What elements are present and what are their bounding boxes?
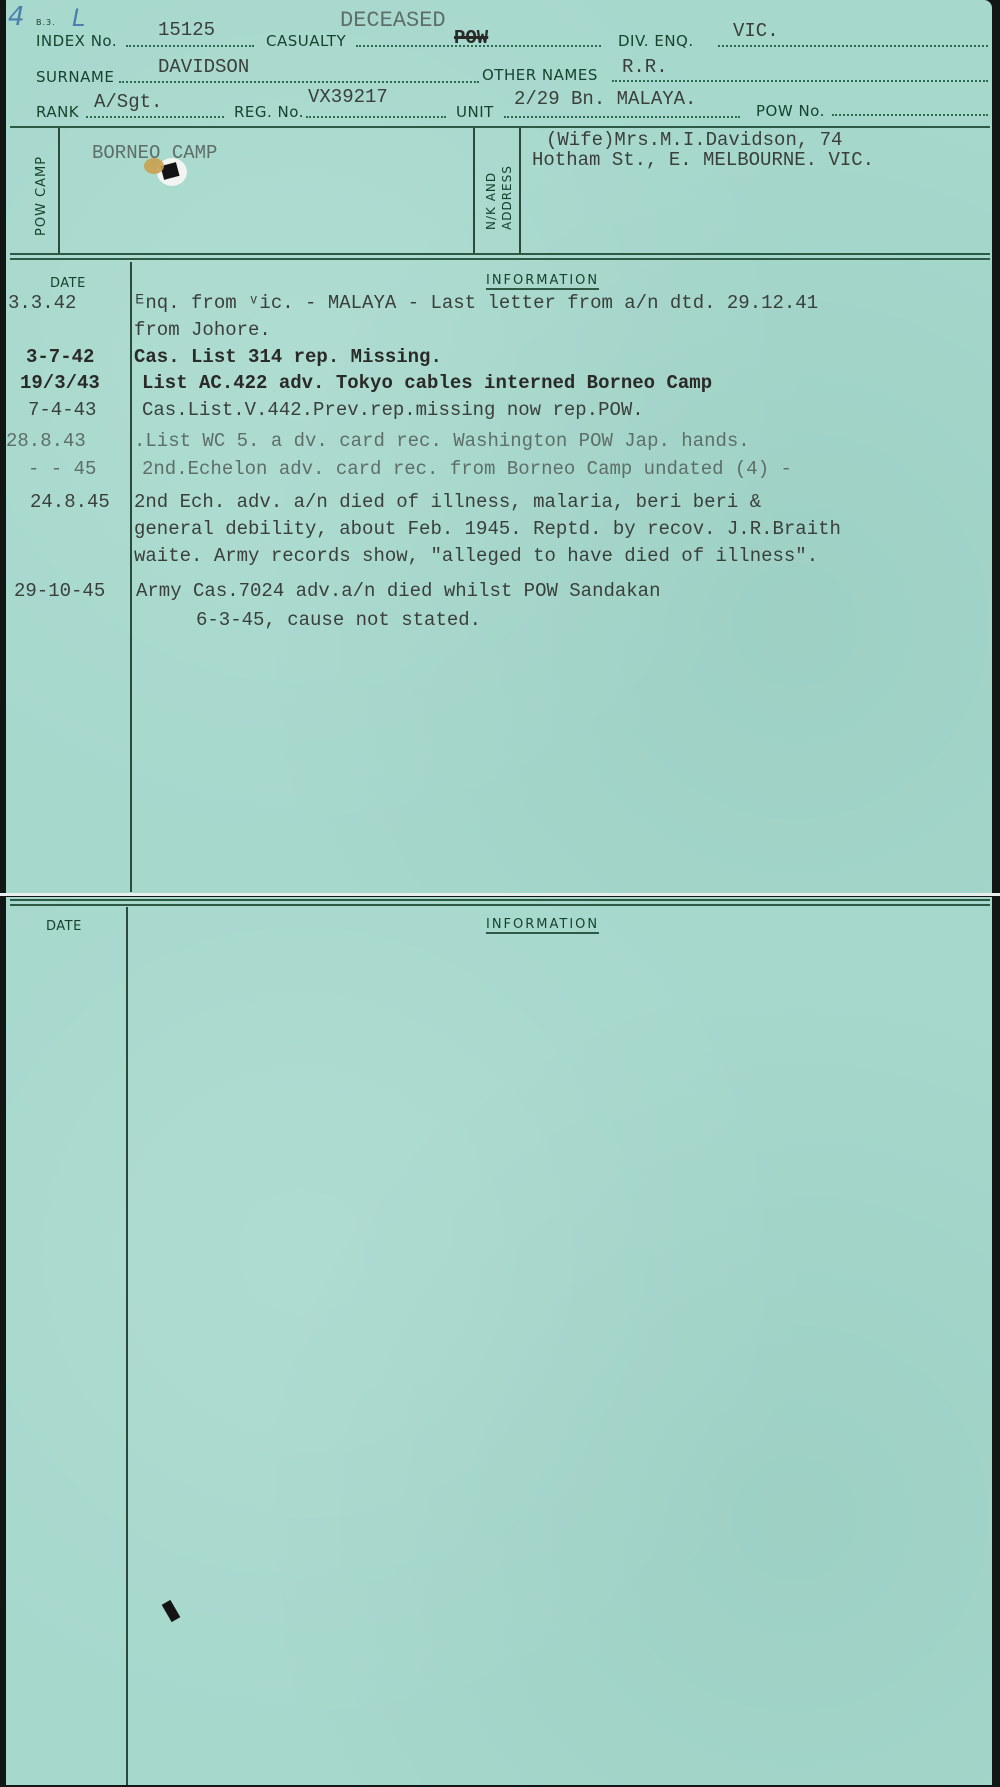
entry-date: 3.3.42 [8,292,76,314]
pencil-mark-letter: L [72,4,85,32]
unit-line [504,116,740,118]
casualty-label: CASUALTY [266,32,346,50]
entry-info-line: Army Cas.7024 adv.a/n died whilst POW Sa… [136,580,661,602]
index-no-label: INDEX No. [36,32,117,50]
other-names-value: R.R. [622,56,668,78]
unit-value: 2/29 Bn. MALAYA. [514,88,696,110]
entry-date: 29-10-45 [14,580,105,602]
other-names-line [612,80,988,82]
entry-info-line: general debility, about Feb. 1945. Reptd… [134,518,841,540]
nok-address-line1: (Wife)Mrs.M.I.Davidson, 74 [546,129,842,151]
back-date-column-divider [126,907,128,1785]
index-no-value: 15125 [158,19,215,41]
entry-date: - - 45 [28,458,96,480]
back-date-header: DATE [46,919,82,934]
punch-hole-damage [158,1597,188,1627]
card-separator [0,893,1000,896]
box-top-rule [10,126,990,128]
div-enq-line [718,45,988,47]
back-information-header: INFORMATION [486,917,599,934]
reg-no-value: VX39217 [308,86,388,108]
table-double-rule-bottom [10,258,990,260]
pow-camp-label: POW CAMP [34,156,49,236]
pencil-mark-number: 4 [8,2,25,32]
surname-value: DAVIDSON [158,56,249,78]
casualty-value: DECEASED [340,8,446,33]
rank-line [86,116,224,118]
record-card-back: DATE INFORMATION [6,897,992,1785]
nok-right-divider [519,128,521,254]
rank-label: RANK [36,103,79,121]
entry-info-line: 6-3-45, cause not stated. [196,609,481,631]
entry-info-line: List AC.422 adv. Tokyo cables interned B… [142,372,712,394]
casualty-struck-value: POW [454,27,488,49]
date-column-divider [130,262,132,892]
nok-label-line2: ADDRESS [500,165,514,230]
pow-no-label: POW No. [756,102,825,120]
reg-no-line [306,116,446,118]
rank-value: A/Sgt. [94,91,162,113]
punch-hole-damage [140,150,190,190]
nok-address-line2: Hotham St., E. MELBOURNE. VIC. [532,149,874,171]
back-double-rule-top [10,899,990,901]
entry-info-line: from Johore. [134,319,271,341]
entry-date: 24.8.45 [30,491,110,513]
div-enq-label: DIV. ENQ. [618,32,694,50]
entry-info-line: Cas.List.V.442.Prev.rep.missing now rep.… [142,399,644,421]
entry-info-line: ᴱnq. from ᵛic. - MALAYA - Last letter fr… [134,292,818,314]
table-double-rule-top [10,253,990,255]
pow-no-line [832,114,988,116]
pow-camp-divider [58,128,60,254]
entry-info-line: 2nd.Echelon adv. card rec. from Borneo C… [142,458,792,480]
information-header: INFORMATION [486,273,599,290]
back-double-rule-bottom [10,904,990,906]
entry-date: 3-7-42 [26,346,94,368]
entry-date: 19/3/43 [20,372,100,394]
entry-info-line: .List WC 5. a dv. card rec. Washington P… [134,430,750,452]
entry-date: 28.8.43 [6,430,86,452]
record-card-front: 4 B.3. L INDEX No. 15125 CASUALTY DECEAS… [6,0,992,893]
div-enq-value: VIC. [733,20,779,42]
entry-date: 7-4-43 [28,399,96,421]
unit-label: UNIT [456,103,494,121]
reg-no-label: REG. No. [234,103,304,121]
entry-info-line: 2nd Ech. adv. a/n died of illness, malar… [134,491,761,513]
surname-line [119,81,479,83]
entry-info-line: waite. Army records show, "alleged to ha… [134,545,818,567]
index-no-line [126,45,254,47]
entry-info-line: Cas. List 314 rep. Missing. [134,346,442,368]
other-names-label: OTHER NAMES [482,66,598,84]
nok-label-line1: N/K AND [484,172,498,230]
nok-left-divider [473,128,475,254]
form-code: B.3. [36,18,56,27]
surname-label: SURNAME [36,68,114,86]
date-header: DATE [50,276,86,291]
